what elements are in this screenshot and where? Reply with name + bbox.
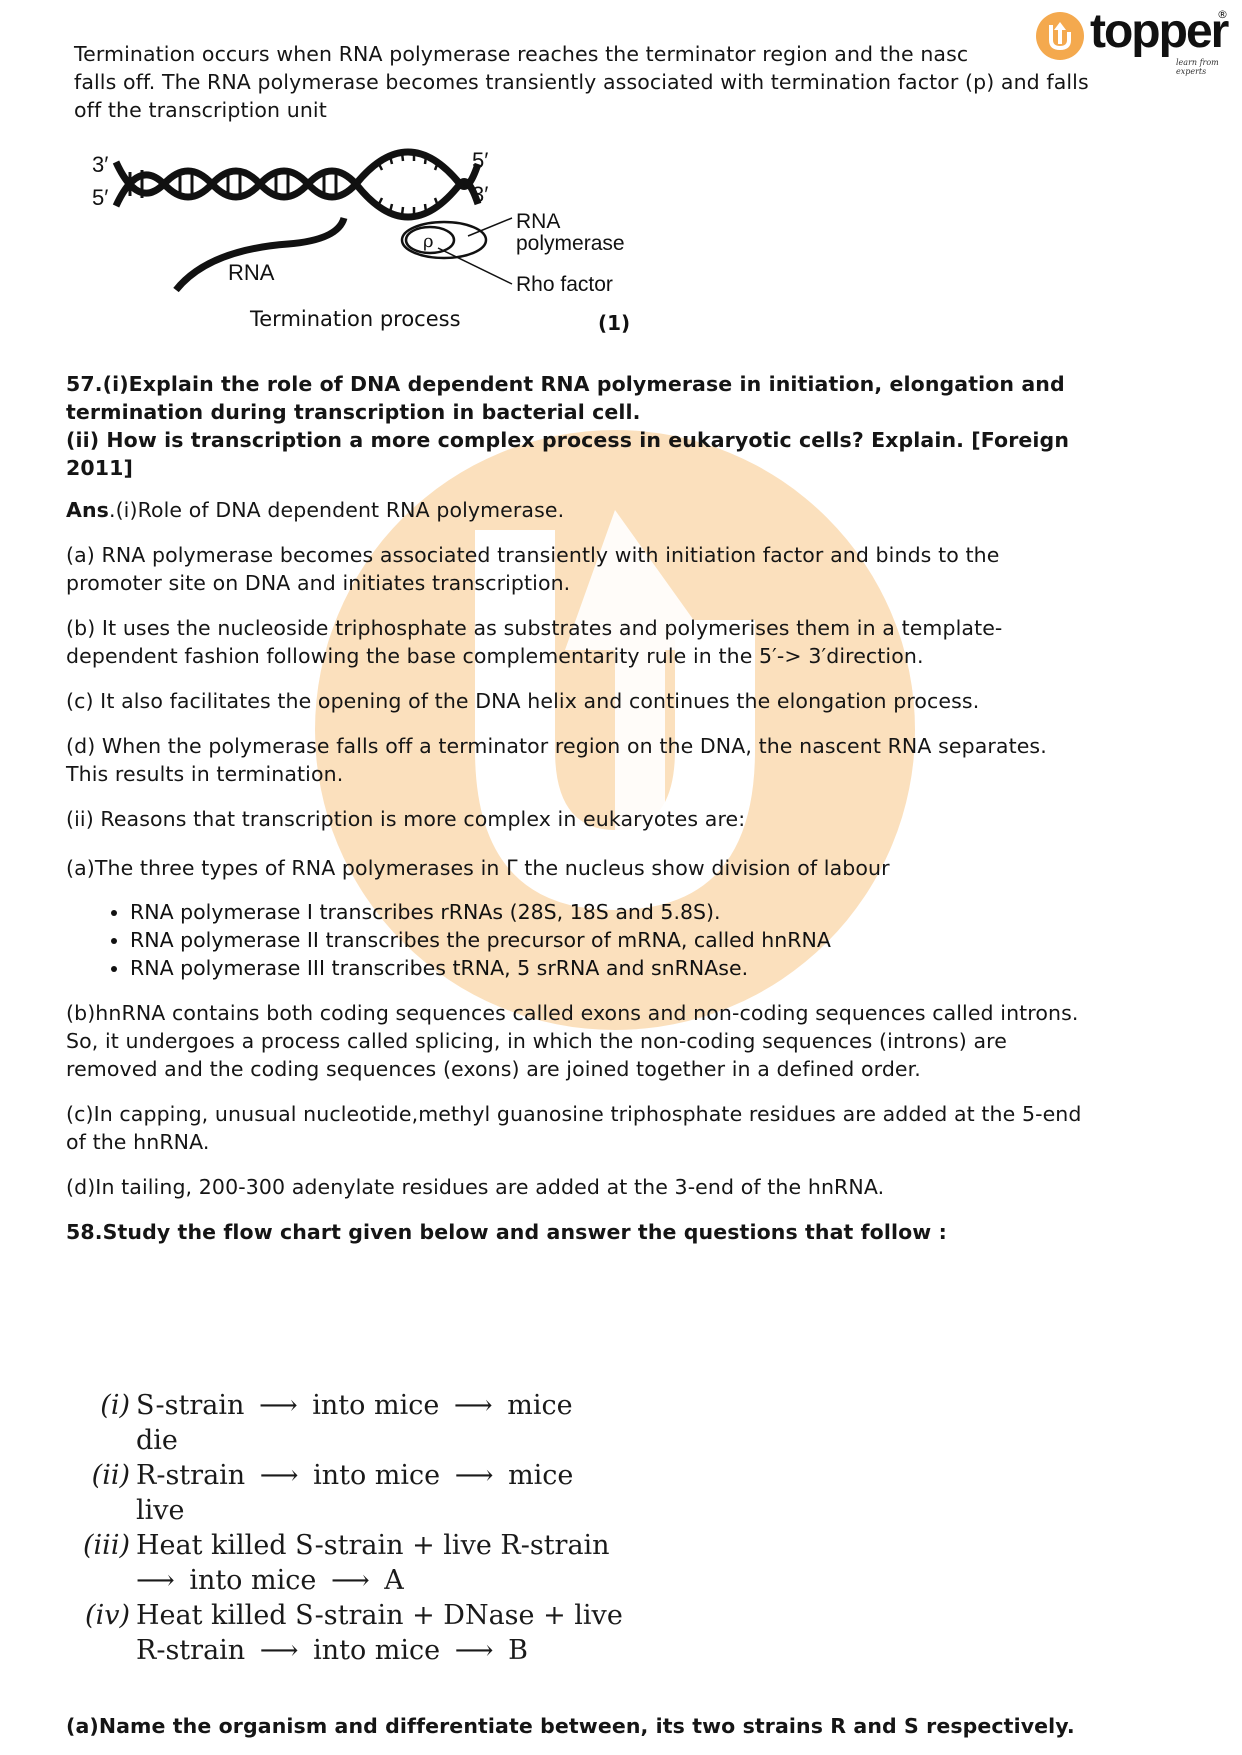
flow-step-1: (i) S-strain ⟶ into mice ⟶ mice die [74,1388,674,1458]
arrow-icon: ⟶ [455,1458,494,1493]
answer-ii-a: (a)The three types of RNA polymerases in… [66,854,1186,882]
svg-text:RNA: RNA [228,260,275,285]
svg-text:ρ: ρ [423,231,434,252]
q57-line-2: termination during transcription in bact… [66,398,1186,426]
q58-heading: 58.Study the flow chart given below and … [66,1218,1186,1246]
svg-text:Rho factor: Rho factor [516,273,613,296]
answer-d-line-2: This results in termination. [66,760,1186,788]
arrow-icon: ⟶ [259,1388,298,1423]
registered-mark: ® [1217,8,1228,21]
answer-ii-b-line-1: (b)hnRNA contains both coding sequences … [66,999,1186,1027]
q57-line-4: 2011] [66,454,1186,482]
logo-u-icon [1036,12,1084,60]
dna-helix-icon: 3′ 5′ 5′ 3′ RNA ρ [88,140,728,385]
list-item: RNA polymerase II transcribes the precur… [130,926,1186,954]
answer-b-line-1: (b) It uses the nucleoside triphosphate … [66,614,1186,642]
topper-logo: topper learn from experts ® [1028,8,1228,68]
answer-intro: Ans.(i)Role of DNA dependent RNA polymer… [66,496,1186,524]
arrow-icon: ⟶ [260,1458,299,1493]
answer-ii-d-line-1: (d)In tailing, 200-300 adenylate residue… [66,1173,1186,1201]
flow-chart: (i) S-strain ⟶ into mice ⟶ mice die (ii)… [74,1388,674,1668]
answer-ii-b-line-3: removed and the coding sequences (exons)… [66,1055,1186,1083]
polymerase-list: RNA polymerase I transcribes rRNAs (28S,… [66,898,1186,982]
answer-b-line-2: dependent fashion following the base com… [66,642,1186,670]
answer-ii-c-line-1: (c)In capping, unusual nucleotide,methyl… [66,1100,1186,1128]
flow-step-4: (iv) Heat killed S-strain + DNase + live… [74,1598,674,1668]
arrow-icon: ⟶ [454,1388,493,1423]
logo-text: topper [1090,4,1227,59]
answer-ii-heading: (ii) Reasons that transcription is more … [66,805,1186,833]
intro-line-1: Termination occurs when RNA polymerase r… [74,40,1089,68]
intro-line-3: off the transcription unit [74,96,1089,124]
answer-ii-b-line-2: So, it undergoes a process called splici… [66,1027,1186,1055]
answer-d-line-1: (d) When the polymerase falls off a term… [66,732,1186,760]
svg-text:Termination process: Termination process [249,307,461,331]
termination-diagram: 3′ 5′ 5′ 3′ RNA ρ [88,140,728,385]
logo-tagline: learn from experts [1176,58,1228,76]
q58-sub-a: (a)Name the organism and differentiate b… [66,1712,1075,1740]
answer-c-line-1: (c) It also facilitates the opening of t… [66,687,1186,715]
q57-line-1: 57.(i)Explain the role of DNA dependent … [66,370,1186,398]
arrow-icon: ⟶ [455,1633,494,1668]
svg-text:3′: 3′ [92,152,108,177]
arrow-icon: ⟶ [260,1633,299,1668]
intro-line-2: falls off. The RNA polymerase becomes tr… [74,68,1089,96]
intro-paragraph: Termination occurs when RNA polymerase r… [74,40,1089,124]
answer-a-line-1: (a) RNA polymerase becomes associated tr… [66,541,1186,569]
ans-rest: .(i)Role of DNA dependent RNA polymerase… [109,498,564,522]
svg-text:(1): (1) [598,311,630,335]
arrow-icon: ⟶ [136,1563,175,1598]
answer-a-line-2: promoter site on DNA and initiates trans… [66,569,1186,597]
arrow-icon: ⟶ [331,1563,370,1598]
list-item: RNA polymerase I transcribes rRNAs (28S,… [130,898,1186,926]
answer-ii-c-line-2: of the hnRNA. [66,1128,1186,1156]
ans-label: Ans [66,498,109,522]
rna-polymerase-icon [402,222,486,258]
question-57-block: 57.(i)Explain the role of DNA dependent … [66,370,1186,1246]
flow-step-3: (iii) Heat killed S-strain + live R-stra… [74,1528,674,1598]
svg-text:polymerase: polymerase [516,232,625,255]
flow-step-2: (ii) R-strain ⟶ into mice ⟶ mice live [74,1458,674,1528]
q57-line-3: (ii) How is transcription a more complex… [66,426,1186,454]
svg-text:RNA: RNA [516,210,560,233]
list-item: RNA polymerase III transcribes tRNA, 5 s… [130,954,1186,982]
svg-text:5′: 5′ [92,185,108,210]
